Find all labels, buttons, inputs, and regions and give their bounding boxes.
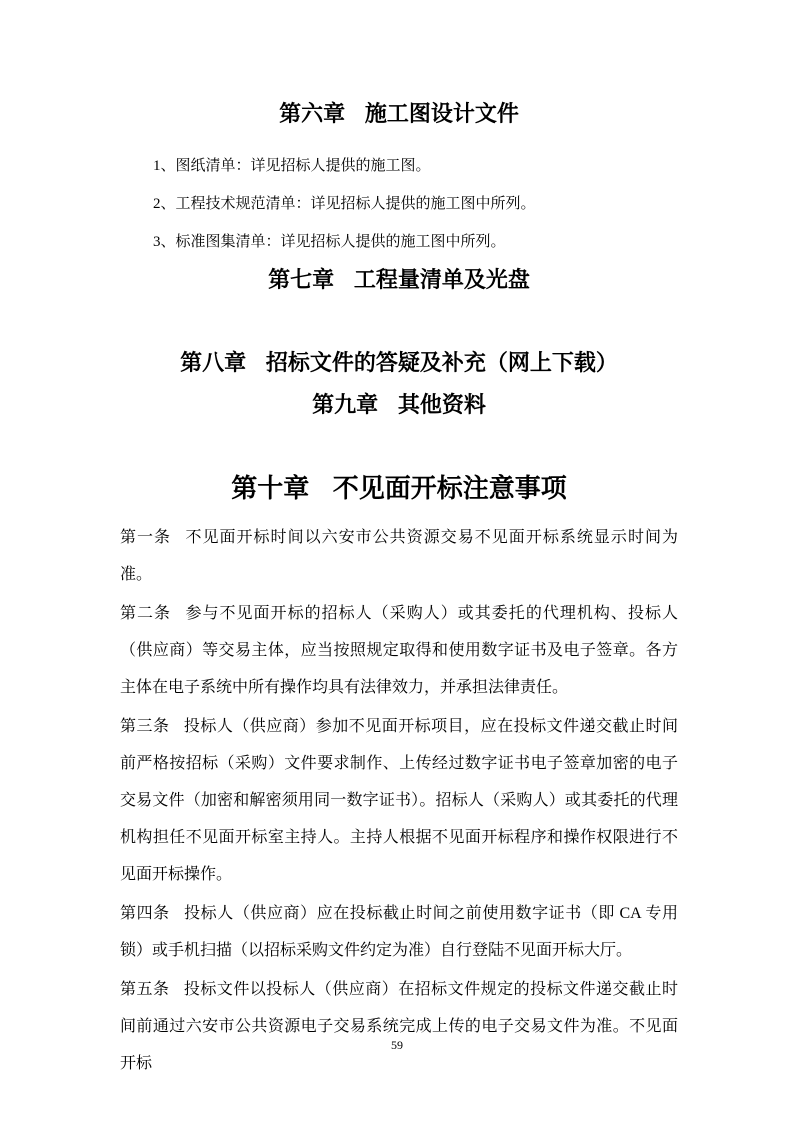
chapter-9-number: 第九章 [312,392,378,417]
article-2: 第二条参与不见面开标的招标人（采购人）或其委托的代理机构、投标人（供应商）等交易… [120,595,678,706]
article-1-number: 第一条 [120,529,171,546]
article-1-text: 不见面开标时间以六安市公共资源交易不见面开标系统显示时间为准。 [120,529,678,583]
article-2-text: 参与不见面开标的招标人（采购人）或其委托的代理机构、投标人（供应商）等交易主体，… [120,605,678,696]
chapter-7-heading: 第七章工程量清单及光盘 [120,263,678,296]
chapter-6-number: 第六章 [279,101,345,126]
article-5-number: 第五条 [120,981,169,998]
article-1: 第一条不见面开标时间以六安市公共资源交易不见面开标系统显示时间为准。 [120,519,678,593]
article-5: 第五条投标文件以投标人（供应商）在招标文件规定的投标文件递交截止时间前通过六安市… [120,971,678,1082]
article-2-number: 第二条 [120,605,171,622]
chapter-8-number: 第八章 [180,350,246,375]
chapter-7-title: 工程量清单及光盘 [354,267,530,292]
article-4-number: 第四条 [120,905,170,922]
article-5-text: 投标文件以投标人（供应商）在招标文件规定的投标文件递交截止时间前通过六安市公共资… [120,981,678,1072]
article-3-number: 第三条 [120,718,169,735]
chapter-10-articles: 第一条不见面开标时间以六安市公共资源交易不见面开标系统显示时间为准。 第二条参与… [120,519,678,1082]
list-item-standard-atlas: 3、标准图集清单：详见招标人提供的施工图中所列。 [120,223,678,261]
list-item-drawings: 1、图纸清单：详见招标人提供的施工图。 [120,147,678,185]
article-3-text: 投标人（供应商）参加不见面开标项目，应在投标文件递交截止时间前严格按招标（采购）… [120,718,678,883]
article-4: 第四条投标人（供应商）应在投标截止时间之前使用数字证书（即 CA 专用锁）或手机… [120,895,678,969]
article-4-text: 投标人（供应商）应在投标截止时间之前使用数字证书（即 CA 专用锁）或手机扫描（… [120,905,678,959]
list-item-tech-specs: 2、工程技术规范清单：详见招标人提供的施工图中所列。 [120,185,678,223]
chapter-10-title: 不见面开标注意事项 [333,474,567,503]
article-3: 第三条投标人（供应商）参加不见面开标项目，应在投标文件递交截止时间前严格按招标（… [120,708,678,893]
chapter-6-title: 施工图设计文件 [365,101,519,126]
chapter-10-number: 第十章 [231,474,309,503]
chapter-10-heading: 第十章不见面开标注意事项 [120,469,678,508]
chapter-9-title: 其他资料 [398,392,486,417]
chapter-6-list: 1、图纸清单：详见招标人提供的施工图。 2、工程技术规范清单：详见招标人提供的施… [120,147,678,261]
chapter-8-heading: 第八章招标文件的答疑及补充（网上下载） [120,346,678,379]
chapter-8-title: 招标文件的答疑及补充（网上下载） [266,350,618,375]
chapter-6-heading: 第六章施工图设计文件 [120,97,678,130]
chapter-9-heading: 第九章其他资料 [120,388,678,421]
page-number: 59 [0,1038,794,1052]
chapter-7-number: 第七章 [268,267,334,292]
document-page: 第六章施工图设计文件 1、图纸清单：详见招标人提供的施工图。 2、工程技术规范清… [0,0,794,1122]
